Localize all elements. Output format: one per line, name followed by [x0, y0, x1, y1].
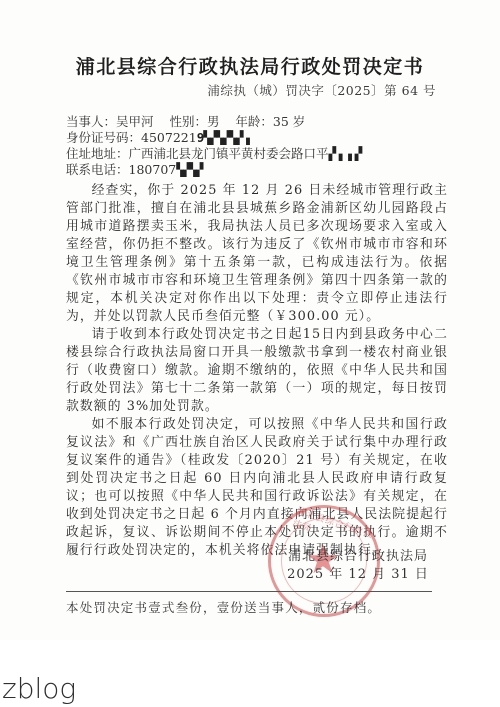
- party-info: 当事人：吴甲河 性别：男 年龄：35 岁 身份证号码：45072219▚▞▚▞▚…: [66, 114, 446, 178]
- id-number: 4507221: [141, 130, 197, 145]
- address-row: 住址地址：广西浦北县龙门镇平黄村委会路口平▞▗ ▖▞: [66, 146, 446, 162]
- signature-block: 浦北县综合行政执法局 2025 年 12 月 31 日: [258, 548, 458, 584]
- paragraph-payment: 请于收到本行政处罚决定书之日起15日内到县政务中心二楼县综合行政执法局窗口开具一…: [66, 326, 448, 416]
- issue-date: 2025 年 12 月 31 日: [258, 566, 458, 584]
- issuer-name: 浦北县综合行政执法局: [258, 548, 458, 566]
- phone-row: 联系电话：180707▚▞▚▞: [66, 162, 446, 178]
- id-redacted: 9▚▞▚▞▚▞▗: [197, 130, 249, 146]
- watermark-text: zblog: [2, 672, 76, 705]
- footer-divider: [66, 591, 432, 592]
- id-number-row: 身份证号码：45072219▚▞▚▞▚▞▗: [66, 130, 446, 146]
- address-value: 广西浦北县龙门镇平黄村委会路口平: [129, 146, 329, 161]
- party-name: 吴甲河: [116, 114, 154, 129]
- age-label: 年龄：: [235, 114, 273, 129]
- phone-redacted: ▚▞▚▞: [176, 162, 202, 178]
- age-value: 35 岁: [273, 114, 305, 129]
- document-body: 经查实，你于 2025 年 12 月 26 日未经城市管理行政主管部门批准，擅自…: [66, 182, 448, 560]
- phone-label: 联系电话：: [66, 162, 129, 177]
- gender-label: 性别：: [169, 114, 207, 129]
- paragraph-appeal: 如不服本行政处罚决定，可以按照《中华人民共和国行政复议法》和《广西壮族自治区人民…: [66, 416, 448, 560]
- gender-value: 男: [207, 114, 220, 129]
- phone-value: 180707: [129, 162, 177, 177]
- id-label: 身份证号码：: [66, 130, 141, 145]
- document-number: 浦综执（城）罚决字〔2025〕第 64 号: [207, 81, 436, 99]
- paragraph-findings: 经查实，你于 2025 年 12 月 26 日未经城市管理行政主管部门批准，擅自…: [66, 182, 448, 326]
- document-title: 浦北县综合行政执法局行政处罚决定书: [0, 52, 500, 79]
- party-name-row: 当事人：吴甲河 性别：男 年龄：35 岁: [66, 114, 446, 130]
- address-label: 住址地址：: [66, 146, 129, 161]
- party-name-label: 当事人：: [66, 114, 116, 129]
- document-page: 浦北县综合行政执法局行政处罚决定书 浦综执（城）罚决字〔2025〕第 64 号 …: [0, 0, 500, 640]
- copies-note: 本处罚决定书壹式叁份，壹份送当事人，贰份存档。: [66, 598, 381, 616]
- address-redacted: ▞▗ ▖▞: [329, 146, 362, 162]
